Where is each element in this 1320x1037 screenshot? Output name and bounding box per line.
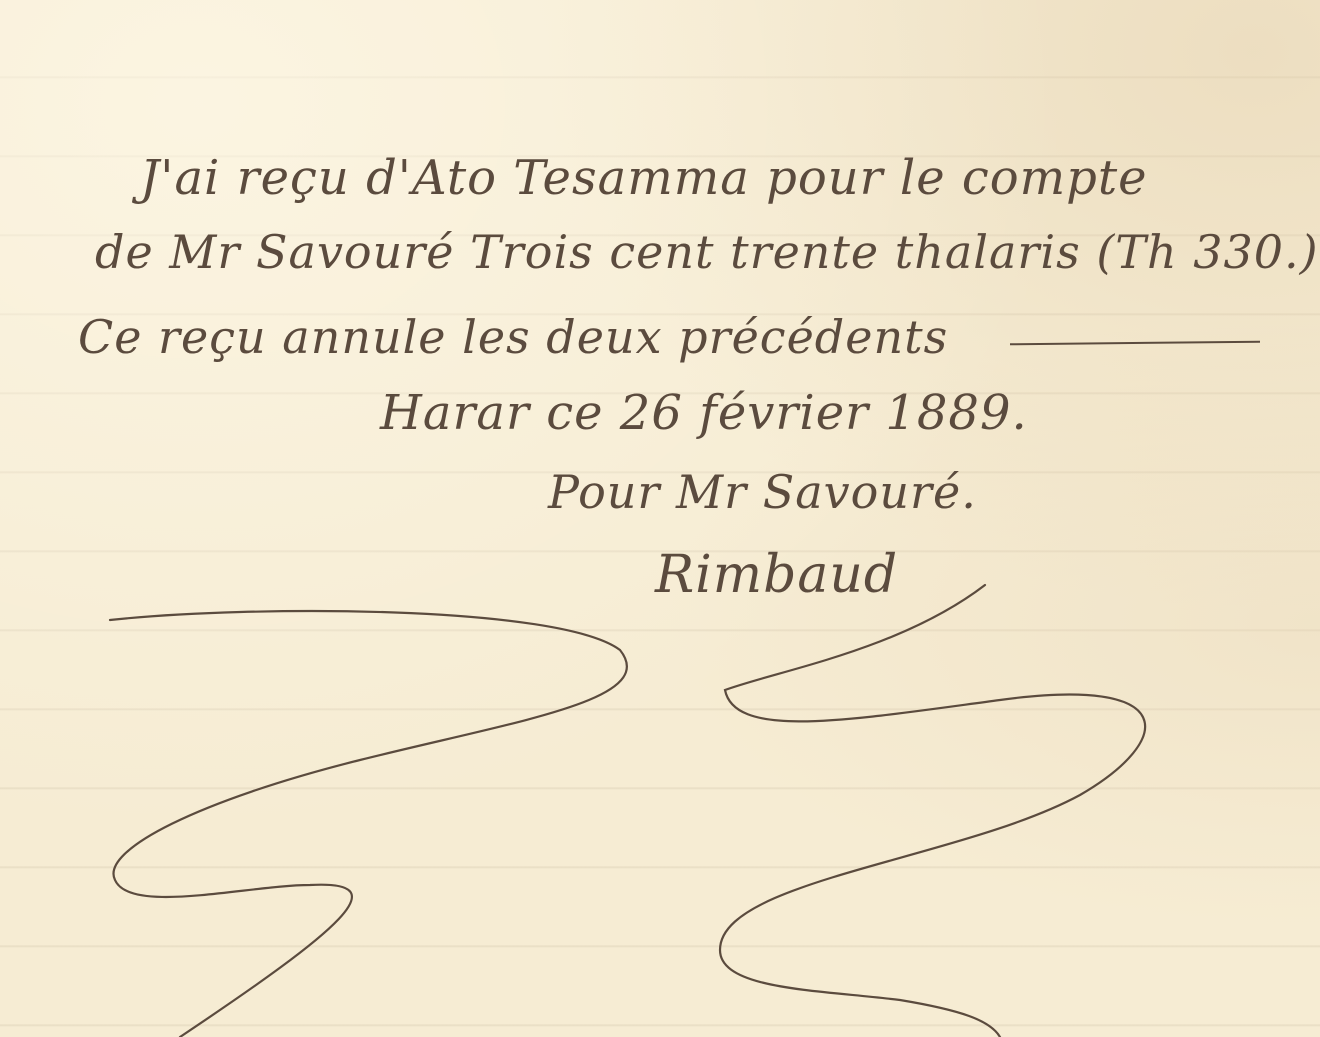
paper-sheet: J'ai reçu d'Ato Tesamma pour le compte d… [0, 0, 1320, 1037]
signature-flourish-icon [0, 0, 1320, 1037]
